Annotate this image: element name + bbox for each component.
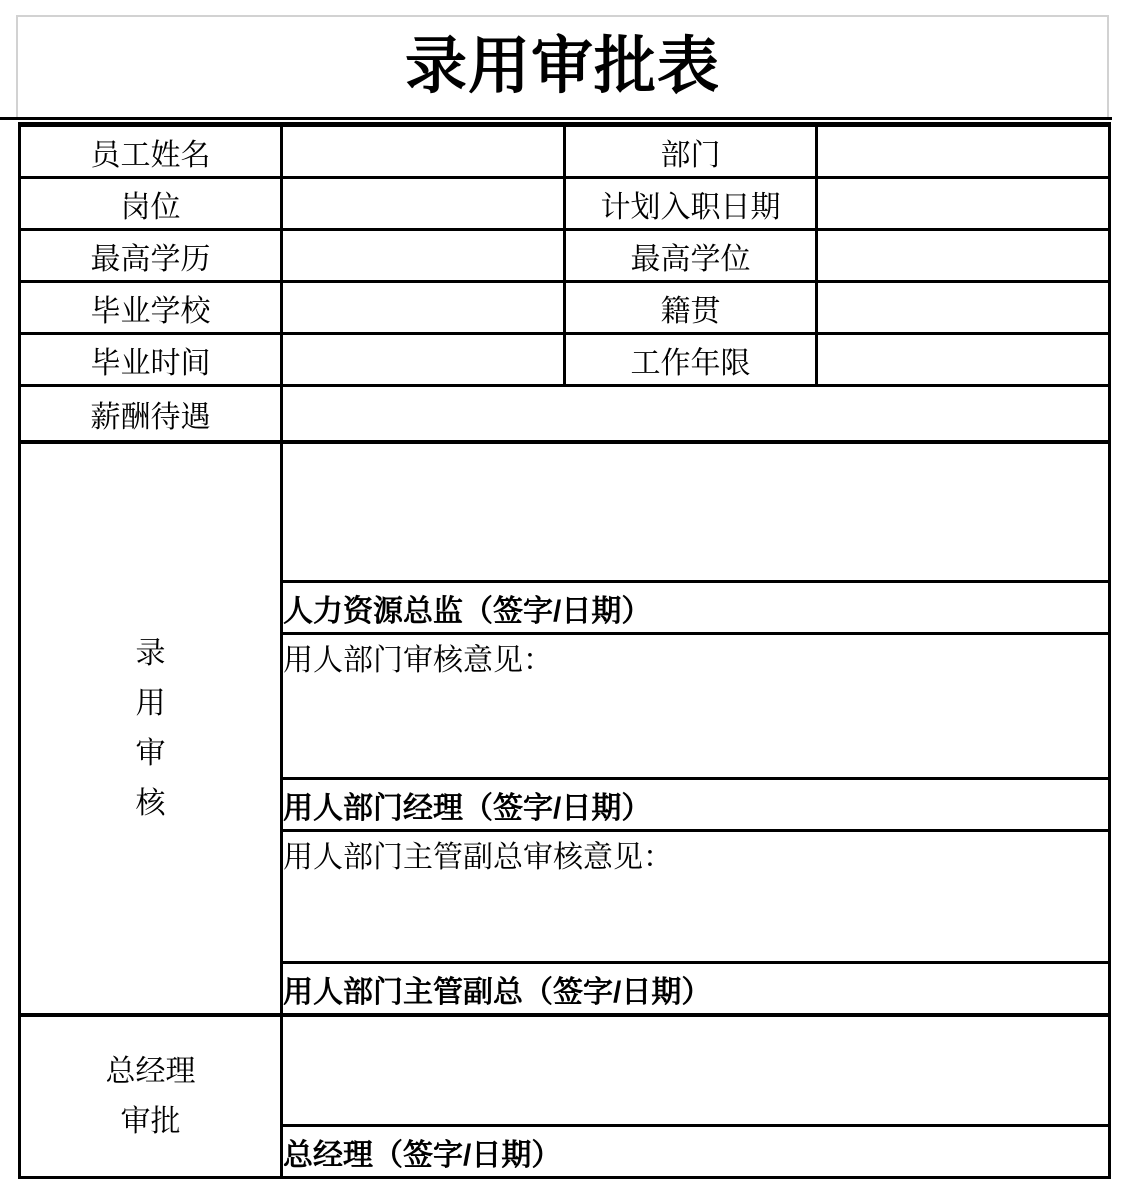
table-row: 总经理 审批 (20, 1015, 1110, 1126)
hr-director-sign-row[interactable]: 人力资源总监（签字/日期） (282, 582, 1110, 634)
vp-opinion-area[interactable]: 用人部门主管副总审核意见： (282, 831, 1110, 963)
page-title: 录用审批表 (405, 36, 720, 98)
graduation-date-label: 毕业时间 (20, 334, 282, 386)
title-box: 录用审批表 (16, 15, 1109, 117)
vp-sign-row[interactable]: 用人部门主管副总（签字/日期） (282, 963, 1110, 1016)
dept-opinion-area[interactable]: 用人部门审核意见： (282, 634, 1110, 779)
highest-education-label: 最高学历 (20, 230, 282, 282)
department-label: 部门 (565, 125, 817, 178)
highest-degree-label: 最高学位 (565, 230, 817, 282)
gm-approval-label: 总经理 审批 (21, 1047, 280, 1147)
hire-review-vertical-label: 录 用 审 核 (21, 629, 280, 829)
form-page: 录用审批表 员工姓名 部门 岗位 计划入职日期 最高学历 最高学位 (0, 0, 1126, 1190)
hire-review-char: 录 (136, 629, 166, 679)
gm-approval-label-line: 审批 (21, 1097, 280, 1147)
salary-field[interactable] (282, 386, 1110, 443)
native-place-field[interactable] (817, 282, 1110, 334)
table-row: 岗位 计划入职日期 (20, 178, 1110, 230)
highest-degree-field[interactable] (817, 230, 1110, 282)
table-row: 录 用 审 核 (20, 442, 1110, 582)
employee-name-field[interactable] (282, 125, 565, 178)
planned-start-date-field[interactable] (817, 178, 1110, 230)
employee-name-label: 员工姓名 (20, 125, 282, 178)
gm-approval-section-label: 总经理 审批 (20, 1015, 282, 1178)
hire-review-char: 审 (136, 729, 166, 779)
native-place-label: 籍贯 (565, 282, 817, 334)
hr-comment-area[interactable] (282, 442, 1110, 582)
gm-approval-label-line: 总经理 (21, 1047, 280, 1097)
hire-review-char: 核 (136, 779, 166, 829)
hire-review-section-label: 录 用 审 核 (20, 442, 282, 1015)
graduate-school-label: 毕业学校 (20, 282, 282, 334)
work-years-label: 工作年限 (565, 334, 817, 386)
title-divider-line (0, 117, 1112, 120)
work-years-field[interactable] (817, 334, 1110, 386)
highest-education-field[interactable] (282, 230, 565, 282)
table-row: 毕业学校 籍贯 (20, 282, 1110, 334)
table-row: 薪酬待遇 (20, 386, 1110, 443)
position-label: 岗位 (20, 178, 282, 230)
planned-start-date-label: 计划入职日期 (565, 178, 817, 230)
table-row: 最高学历 最高学位 (20, 230, 1110, 282)
hire-review-char: 用 (136, 679, 166, 729)
position-field[interactable] (282, 178, 565, 230)
table-row: 毕业时间 工作年限 (20, 334, 1110, 386)
graduate-school-field[interactable] (282, 282, 565, 334)
gm-comment-area[interactable] (282, 1015, 1110, 1126)
approval-form-table: 员工姓名 部门 岗位 计划入职日期 最高学历 最高学位 毕业学校 籍贯 毕业时间… (18, 122, 1111, 1179)
graduation-date-field[interactable] (282, 334, 565, 386)
department-field[interactable] (817, 125, 1110, 178)
gm-sign-row[interactable]: 总经理（签字/日期） (282, 1126, 1110, 1178)
salary-label: 薪酬待遇 (20, 386, 282, 443)
table-row: 员工姓名 部门 (20, 125, 1110, 178)
dept-manager-sign-row[interactable]: 用人部门经理（签字/日期） (282, 779, 1110, 831)
